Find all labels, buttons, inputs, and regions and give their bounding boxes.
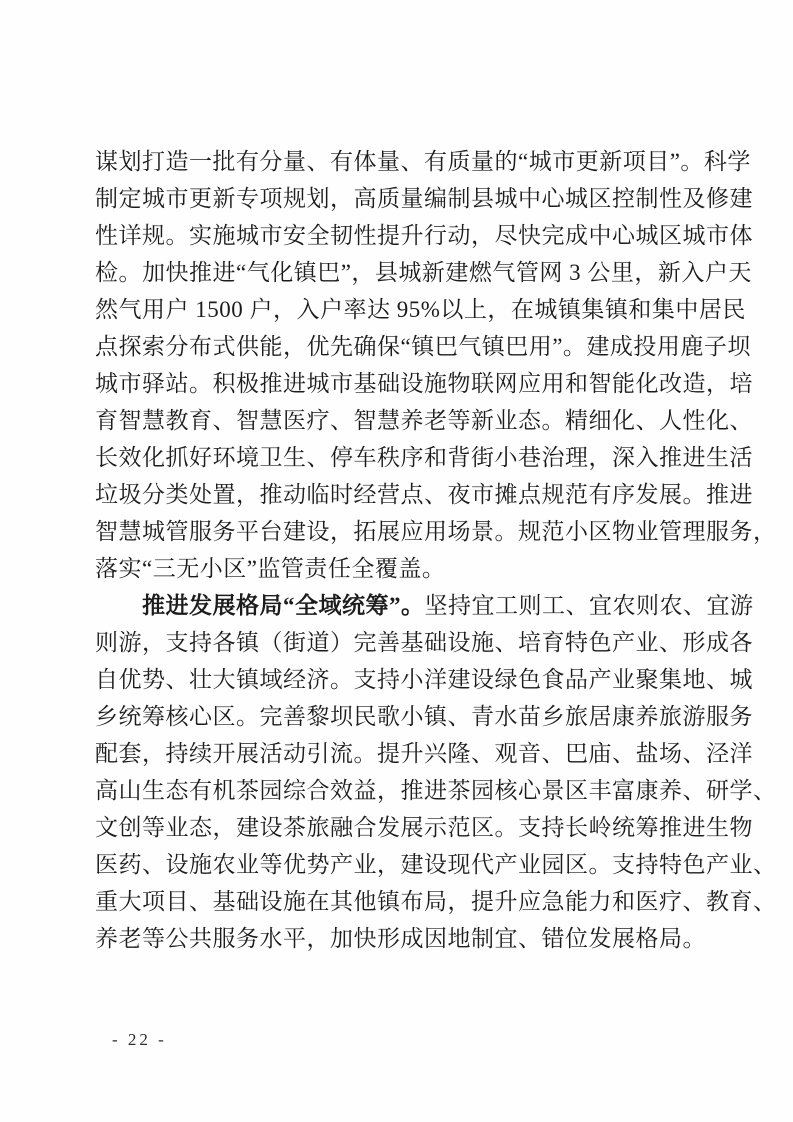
paragraph2-lead-line: 推进发展格局“全域统筹”。坚持宜工则工、宜农则农、宜游 <box>95 587 707 624</box>
text-line: 长效化抓好环境卫生、停车秩序和背街小巷治理，深入推进生活 <box>95 439 707 476</box>
text-line: 自优势、壮大镇域经济。支持小洋建设绿色食品产业聚集地、城 <box>95 661 707 698</box>
text-line: 乡统筹核心区。完善黎坝民歌小镇、青水苗乡旅居康养旅游服务 <box>95 698 707 735</box>
text-block: 谋划打造一批有分量、有体量、有质量的“城市更新项目”。科学 制定城市更新专项规划… <box>95 143 707 957</box>
text-line: 落实“三无小区”监管责任全覆盖。 <box>95 550 707 587</box>
page-number: - 22 - <box>112 1028 167 1052</box>
text-line: 医药、设施农业等优势产业，建设现代产业园区。支持特色产业、 <box>95 846 707 883</box>
text-line: 性详规。实施城市安全韧性提升行动，尽快完成中心城区城市体 <box>95 217 707 254</box>
text-line: 配套，持续开展活动引流。提升兴隆、观音、巴庙、盐场、泾洋 <box>95 735 707 772</box>
document-page: 谋划打造一批有分量、有体量、有质量的“城市更新项目”。科学 制定城市更新专项规划… <box>0 0 793 1122</box>
paragraph2-lead-rest: 坚持宜工则工、宜农则农、宜游 <box>425 593 754 618</box>
text-line: 则游，支持各镇（街道）完善基础设施、培育特色产业、形成各 <box>95 624 707 661</box>
paragraph2-lead-bold: 推进发展格局“全域统筹”。 <box>142 593 425 618</box>
paragraph-2: 推进发展格局“全域统筹”。坚持宜工则工、宜农则农、宜游 则游，支持各镇（街道）完… <box>95 587 707 957</box>
text-line: 育智慧教育、智慧医疗、智慧养老等新业态。精细化、人性化、 <box>95 402 707 439</box>
text-line: 点探索分布式供能，优先确保“镇巴气镇巴用”。建成投用鹿子坝 <box>95 328 707 365</box>
paragraph-1: 谋划打造一批有分量、有体量、有质量的“城市更新项目”。科学 制定城市更新专项规划… <box>95 143 707 587</box>
text-line: 高山生态有机茶园综合效益，推进茶园核心景区丰富康养、研学、 <box>95 772 707 809</box>
text-line: 谋划打造一批有分量、有体量、有质量的“城市更新项目”。科学 <box>95 143 707 180</box>
text-line: 文创等业态，建设茶旅融合发展示范区。支持长岭统筹推进生物 <box>95 809 707 846</box>
text-line: 然气用户 1500 户，入户率达 95%以上，在城镇集镇和集中居民 <box>95 291 707 328</box>
text-line: 检。加快推进“气化镇巴”，县城新建燃气管网 3 公里，新入户天 <box>95 254 707 291</box>
text-line: 城市驿站。积极推进城市基础设施物联网应用和智能化改造，培 <box>95 365 707 402</box>
text-line: 重大项目、基础设施在其他镇布局，提升应急能力和医疗、教育、 <box>95 883 707 920</box>
text-line: 养老等公共服务水平，加快形成因地制宜、错位发展格局。 <box>95 920 707 957</box>
text-line: 垃圾分类处置，推动临时经营点、夜市摊点规范有序发展。推进 <box>95 476 707 513</box>
text-line: 制定城市更新专项规划，高质量编制县城中心城区控制性及修建 <box>95 180 707 217</box>
text-line: 智慧城管服务平台建设，拓展应用场景。规范小区物业管理服务， <box>95 513 707 550</box>
